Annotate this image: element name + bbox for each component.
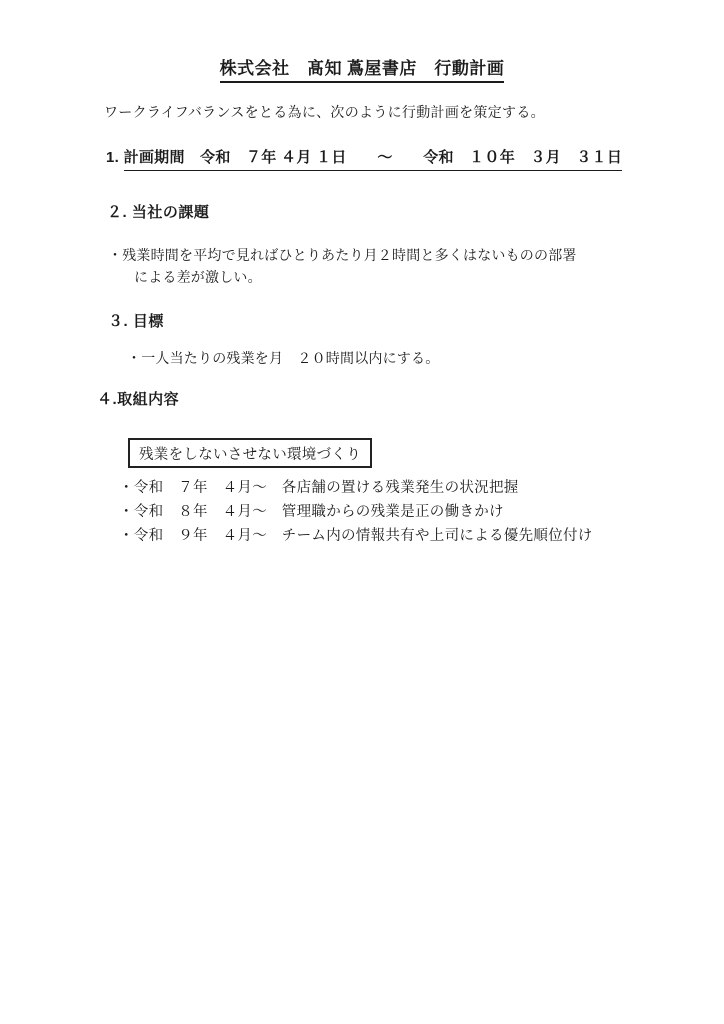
environment-label-text: 残業をしないさせない環境づくり <box>139 443 361 464</box>
document-page: 株式会社 髙知 蔦屋書店 行動計画 ワークライフバランスをとる為に、次のように行… <box>0 0 724 1024</box>
section2-heading: ２. 当社の課題 <box>107 201 209 222</box>
section1-text: 計画期間 令和 ７年 ４月 １日 ～ 令和 １０年 ３月 ３１日 <box>124 146 623 171</box>
environment-label-box: 残業をしないさせない環境づくり <box>128 438 372 468</box>
intro-paragraph: ワークライフバランスをとる為に、次のように行動計画を策定する。 <box>104 102 545 122</box>
section2-bullet-line2: による差が激しい。 <box>134 266 577 288</box>
schedule-item-reiwa8: ・令和 ８年 ４月～ 管理職からの残業是正の働きかけ <box>119 500 593 524</box>
document-title: 株式会社 髙知 蔦屋書店 行動計画 <box>0 54 724 83</box>
section3-heading: ３. 目標 <box>108 310 164 331</box>
section1-number: 1. <box>106 149 124 166</box>
section4-heading: ４.取組内容 <box>97 388 179 409</box>
section2-bullet: ・残業時間を平均で見ればひとりあたり月２時間と多くはないものの部署 による差が激… <box>108 244 577 288</box>
schedule-list: ・令和 ７年 ４月～ 各店舗の置ける残業発生の状況把握 ・令和 ８年 ４月～ 管… <box>119 476 593 548</box>
section2-bullet-line1: ・残業時間を平均で見ればひとりあたり月２時間と多くはないものの部署 <box>108 244 577 266</box>
document-title-text: 株式会社 髙知 蔦屋書店 行動計画 <box>220 54 505 83</box>
section3-bullet: ・一人当たりの残業を月 ２０時間以内にする。 <box>127 348 439 368</box>
schedule-item-reiwa7: ・令和 ７年 ４月～ 各店舗の置ける残業発生の状況把握 <box>119 476 593 500</box>
schedule-item-reiwa9: ・令和 ９年 ４月～ チーム内の情報共有や上司による優先順位付け <box>119 524 593 548</box>
section-plan-period: 1. 計画期間 令和 ７年 ４月 １日 ～ 令和 １０年 ３月 ３１日 <box>106 146 622 171</box>
